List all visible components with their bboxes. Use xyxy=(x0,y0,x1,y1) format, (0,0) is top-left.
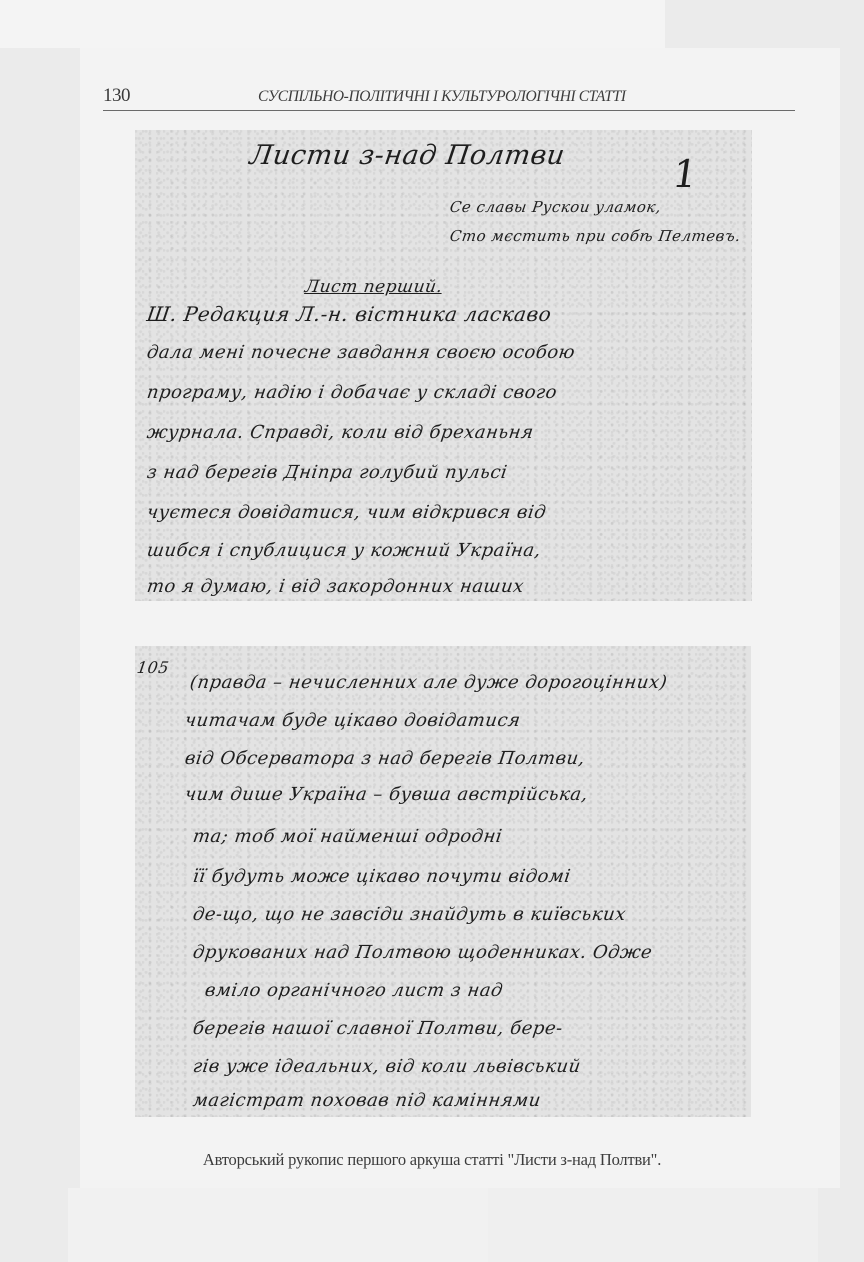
manuscript-line: гів уже ідеальних, від коли львівський xyxy=(192,1056,583,1077)
manuscript-line: де-що, що не завсіди знайдуть в київськи… xyxy=(192,904,628,925)
manuscript-line: (правда – нечисленних але дуже дорогоцін… xyxy=(189,672,669,693)
manuscript-line: дала мені почесне завдання своєю особою xyxy=(146,342,577,363)
scan-background xyxy=(0,0,665,48)
manuscript-image-bottom: 105 (правда – нечисленних але дуже дорог… xyxy=(135,646,751,1117)
running-title: СУСПІЛЬНО-ПОЛІТИЧНІ І КУЛЬТУРОЛОГІЧНІ СТ… xyxy=(258,88,626,106)
page-bottom-edge xyxy=(68,1188,488,1262)
sheet-number: 1 xyxy=(670,152,701,196)
manuscript-line: вміло органічного лист з над xyxy=(204,980,505,1001)
manuscript-line: друкованих над Полтвою щоденниках. Одже xyxy=(192,942,654,963)
manuscript-line: Ш. Редакция Л.-н. вістника ласкаво xyxy=(145,302,553,326)
manuscript-line: берегів нашої славної Полтви, бере- xyxy=(192,1018,565,1039)
manuscript-line: чуєтеся довідатися, чим відкрився від xyxy=(146,502,548,523)
manuscript-line: програму, надію і добачає у складі свого xyxy=(146,382,559,403)
manuscript-title: Листи з-над Полтви xyxy=(248,140,567,171)
manuscript-line: читачам буде цікаво довідатися xyxy=(184,710,522,731)
manuscript-line: чим дише Україна – бувша австрійська, xyxy=(184,784,590,805)
figure-caption: Авторський рукопис першого аркуша статті… xyxy=(0,1150,864,1170)
page-bottom-edge xyxy=(488,1188,818,1262)
page-number: 130 xyxy=(103,85,130,107)
running-header: 130 СУСПІЛЬНО-ПОЛІТИЧНІ І КУЛЬТУРОЛОГІЧН… xyxy=(103,84,795,111)
manuscript-line: її будуть може цікаво почути відомі xyxy=(192,866,573,887)
manuscript-line: то я думаю, і від закордонних наших xyxy=(146,576,526,597)
epigraph-line: Сто мєстить при собѣ Пелтевъ. xyxy=(449,227,742,245)
manuscript-line: журнала. Справді, коли від бреханьня xyxy=(146,422,536,443)
manuscript-line: з над берегів Дніпра голубий пульсі xyxy=(146,462,509,483)
epigraph-line: Се славы Рускои уламок, xyxy=(449,198,663,216)
manuscript-line: від Обсерватора з над берегів Полтви, xyxy=(184,748,587,769)
margin-note: 105 xyxy=(136,658,171,677)
manuscript-line: та; тоб мої найменші одродні xyxy=(192,826,504,847)
manuscript-image-top: Листи з-над Полтви 1 Се славы Рускои ула… xyxy=(135,130,752,601)
manuscript-line: магістрат поховав під каміннями xyxy=(192,1090,543,1111)
letter-heading: Лист перший. xyxy=(304,277,444,297)
manuscript-line: шибся і спублицися у кожний Україна, xyxy=(146,540,543,561)
